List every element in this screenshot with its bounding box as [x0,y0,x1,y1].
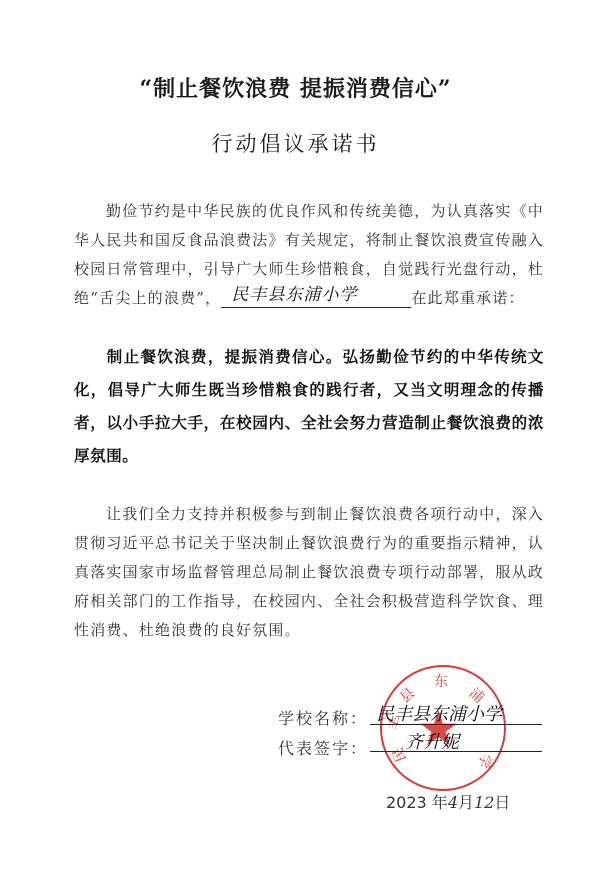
paragraph-3-text: 让我们全力支持并积极参与到制止餐饮浪费各项行动中，深入贯彻习近平总书记关于坚决制… [74,505,544,639]
title-line-2: 行动倡议承诺书 [0,128,591,158]
school-fill-in-handwriting: 民丰县东浦小学 [231,281,357,310]
stamp-char: 学 [473,751,497,771]
stamp-char: 东 [434,671,448,691]
paragraph-2-text: 制止餐饮浪费，提振消费信心。弘扬勤俭节约的中华传统文化，倡导广大师生既当珍惜粮食… [74,348,544,465]
paragraph-3: 让我们全力支持并积极参与到制止餐饮浪费各项行动中，深入贯彻习近平总书记关于坚决制… [74,500,544,645]
school-fill-in-blank: 民丰县东浦小学 [221,285,411,308]
representative-signature-handwriting: 齐升妮 [405,728,459,754]
date: 2023 年4月12日 [386,790,510,813]
title-line-1: “制止餐饮浪费 提振消费信心” [0,72,591,103]
date-month-suffix: 月 [458,793,474,812]
school-name-label: 学校名称： [278,706,368,729]
paragraph-1: 勤俭节约是中华民族的优良作风和传统美德，为认真落实《中华人民共和国反食品浪费法》… [74,197,544,313]
paragraph-1-tail: 在此郑重承诺： [411,289,524,307]
date-year: 2023 年 [386,793,448,812]
school-name-handwriting: 民丰县东浦小学 [376,700,502,726]
date-day-suffix: 日 [494,793,510,812]
date-month-handwriting: 4 [448,793,458,812]
representative-signature-label: 代表签字： [278,736,368,759]
paragraph-2: 制止餐饮浪费，提振消费信心。弘扬勤俭节约的中华传统文化，倡导广大师生既当珍惜粮食… [74,341,544,473]
date-day-handwriting: 12 [474,793,494,812]
